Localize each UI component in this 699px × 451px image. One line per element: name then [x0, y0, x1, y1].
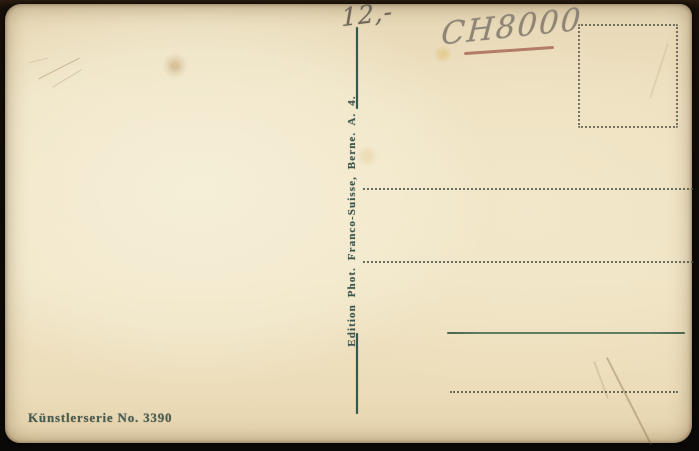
address-line-4 [450, 391, 678, 393]
address-line-3 [447, 332, 685, 334]
series-number: Künstlerserie No. 3390 [28, 410, 172, 426]
stamp-box [578, 24, 678, 128]
postcard-scan: Edition Phot. Franco-Suisse, Berne. A. 4… [0, 0, 699, 451]
address-line-1 [363, 188, 693, 190]
address-line-2 [363, 261, 693, 263]
publisher-imprint: Edition Phot. Franco-Suisse, Berne. A. 4… [346, 95, 358, 346]
divider-line-bottom [356, 333, 358, 414]
